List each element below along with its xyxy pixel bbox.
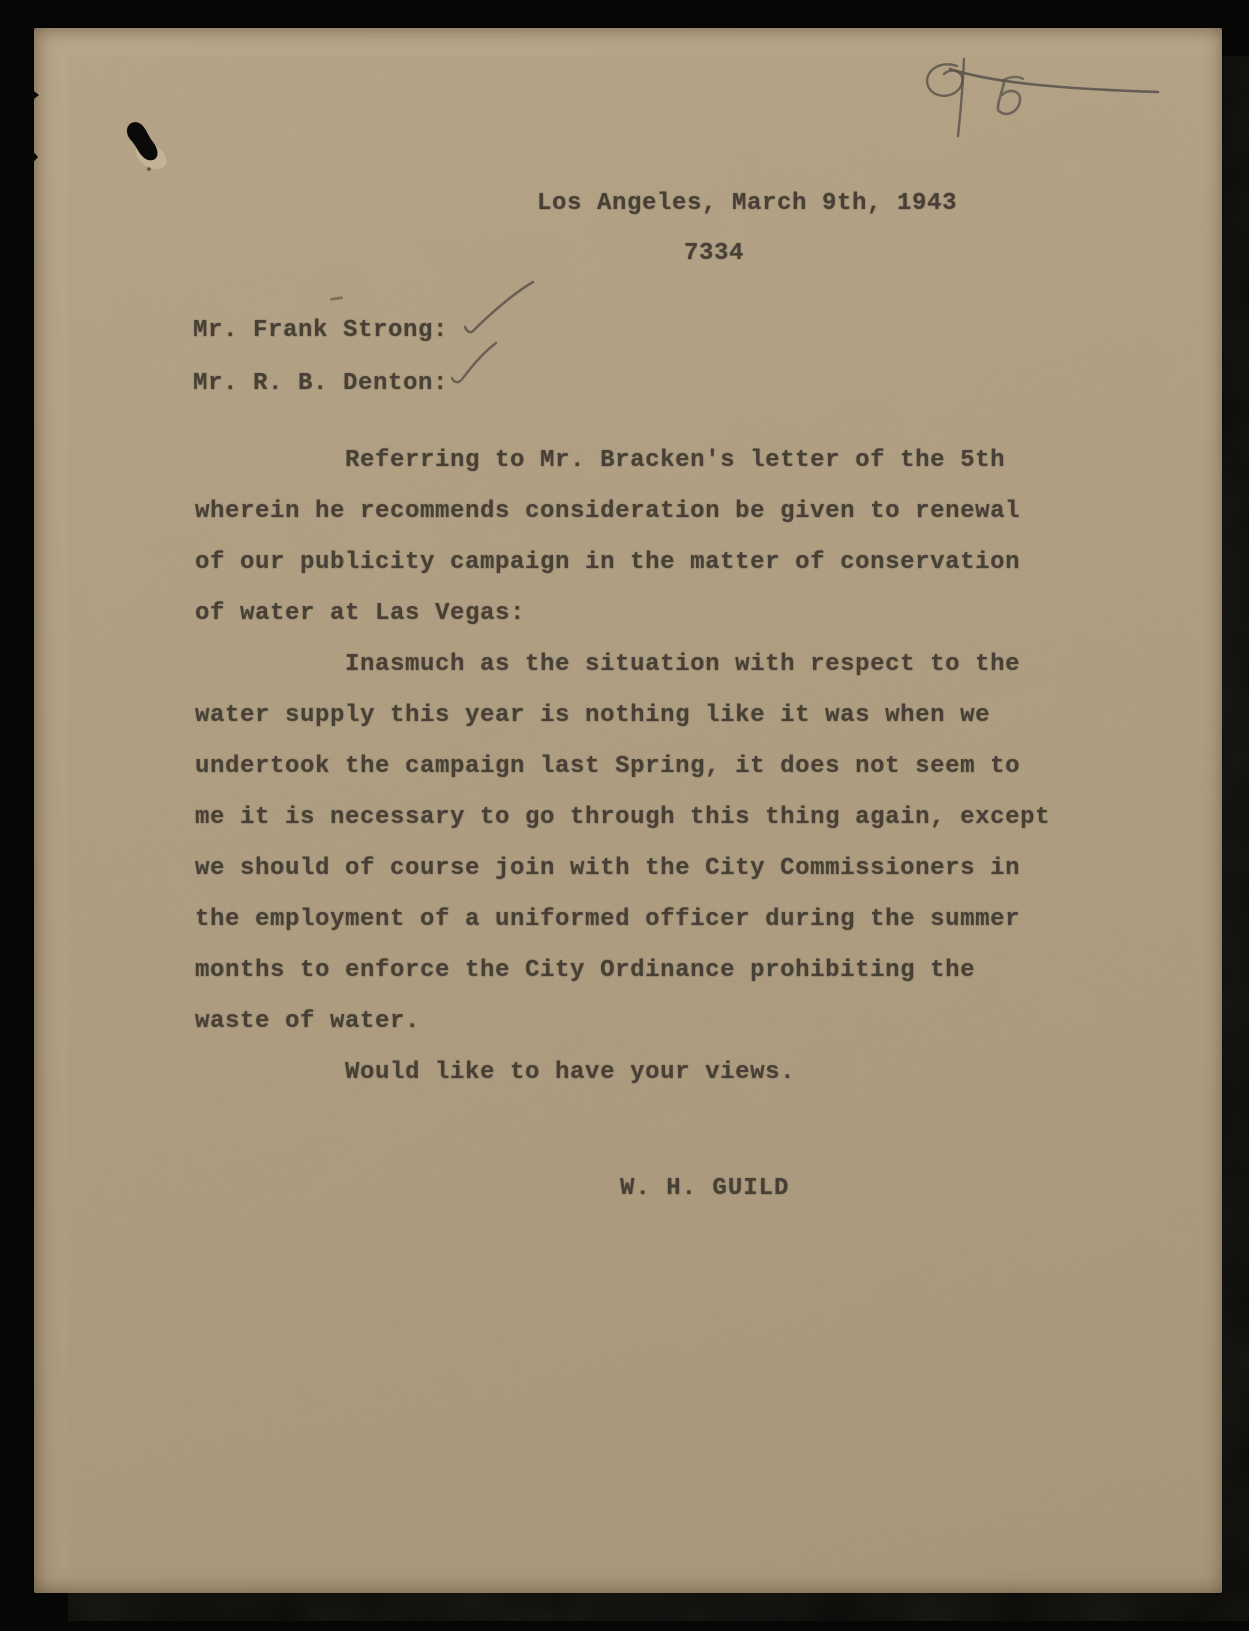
reference-number: 7334	[684, 240, 744, 268]
paper-edge-nick	[30, 88, 39, 102]
pencil-checkmark	[450, 340, 502, 386]
paper-edge-nick	[30, 148, 38, 166]
date-line: Los Angeles, March 9th, 1943	[537, 190, 957, 218]
addressee-1: Mr. Frank Strong:	[193, 317, 448, 345]
pencil-annotation	[905, 52, 1175, 147]
letter-body: Referring to Mr. Bracken's letter of the…	[195, 435, 1050, 1098]
torn-hole	[112, 110, 182, 188]
pencil-checkmark	[462, 278, 540, 340]
signature-line: W. H. GUILD	[620, 1175, 789, 1203]
addressee-2: Mr. R. B. Denton:	[193, 370, 448, 398]
